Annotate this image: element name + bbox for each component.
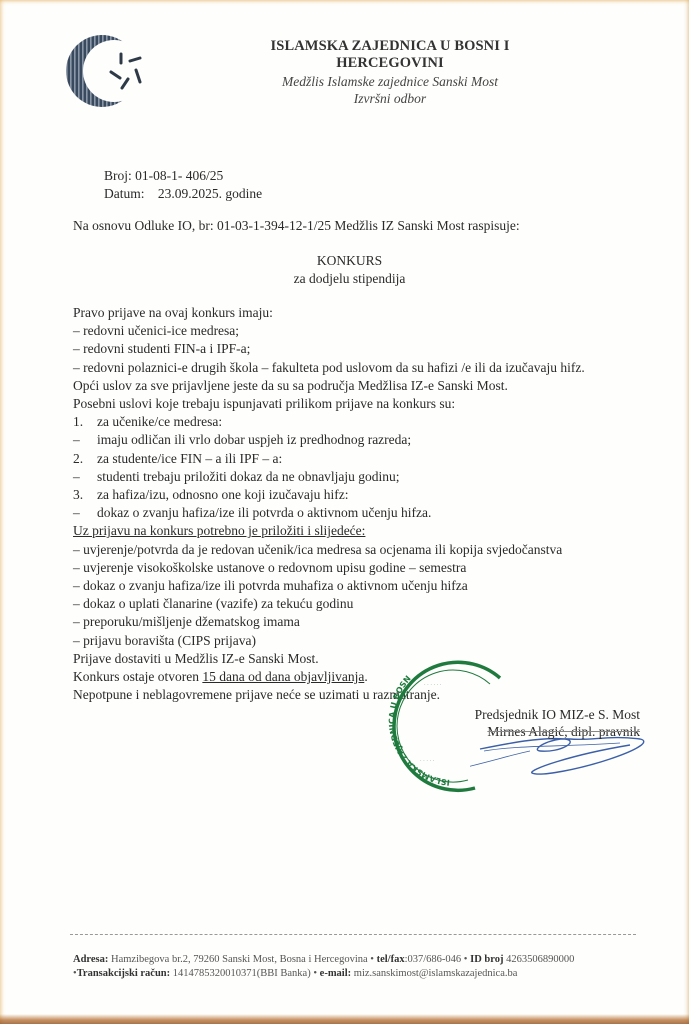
list-number: 3. [73, 486, 97, 504]
svg-text:· · ·: · · · [430, 692, 438, 698]
eligibility-heading: Pravo prijave na ovaj konkurs imaju: [73, 304, 663, 322]
separator: • [464, 954, 468, 965]
list-dash: – [73, 504, 97, 522]
footer-divider [70, 934, 636, 935]
letterhead: ISLAMSKA ZAJEDNICA U BOSNI I HERCEGOVINI… [215, 38, 565, 107]
incomplete-notice: Nepotpune i neblagovremene prijave neće … [73, 686, 663, 704]
title-sub: za dodjelu stipendija [0, 270, 689, 288]
signatory-title: Predsjednik IO MIZ-e S. Most [460, 706, 640, 723]
address-label: Adresa: [73, 954, 108, 965]
condition-text: za studente/ice FIN – a ili IPF – a: [97, 450, 282, 468]
attachment-item: – uvjerenje/potvrda da je redovan učenik… [73, 541, 663, 559]
telfax-label: tel/fax [377, 954, 405, 965]
footer-contact: Adresa: Hamzibegova br.2, 79260 Sanski M… [73, 953, 574, 981]
email-link[interactable]: miz.sanskimost@islamskazajednica.ba [354, 968, 518, 979]
date-value: 23.09.2025. godine [158, 186, 262, 201]
id-label: ID broj [470, 954, 503, 965]
condition-detail: dokaz o zvanju hafiza/ize ili potvrda o … [97, 504, 431, 522]
crescent-star-logo-icon [66, 32, 146, 110]
condition-text: za hafiza/izu, odnosno one koji izučavaj… [97, 486, 349, 504]
organization-name: ISLAMSKA ZAJEDNICA U BOSNI I HERCEGOVINI [215, 38, 565, 72]
department-name: Izvršni odbor [215, 91, 565, 107]
special-conditions-heading: Posebni uslovi koje trebaju ispunjavati … [73, 395, 663, 413]
condition-text: za učenike/ce medresa: [97, 413, 222, 431]
eligibility-item: – redovni studenti FIN-a i IPF-a; [73, 340, 663, 358]
special-condition-detail: – imaju odličan ili vrlo dobar uspjeh iz… [73, 431, 663, 449]
footer-line-1: Adresa: Hamzibegova br.2, 79260 Sanski M… [73, 953, 574, 967]
list-number: 2. [73, 450, 97, 468]
account-label: Transakcijski račun: [77, 968, 170, 979]
number-value: 01-08-1- 406/25 [135, 168, 223, 183]
list-number: 1. [73, 413, 97, 431]
svg-text:· · · · ·: · · · · · [420, 758, 435, 764]
eligibility-item: – redovni učenici-ice medresa; [73, 322, 663, 340]
open-period-suffix: . [364, 669, 367, 684]
document-date: Datum: 23.09.2025. godine [104, 185, 262, 203]
open-period-info: Konkurs ostaje otvoren 15 dana od dana o… [73, 668, 663, 686]
attachment-item: – preporuku/mišljenje džematskog imama [73, 613, 663, 631]
organization-subtitle: Medžlis Islamske zajednice Sanski Most [215, 74, 565, 90]
attachment-item: – uvjerenje visokoškolske ustanove o red… [73, 559, 663, 577]
signature-block: Predsjednik IO MIZ-e S. Most Mirnes Alag… [460, 706, 640, 740]
telfax-value: :037/686-046 [405, 954, 462, 965]
condition-detail: studenti trebaju priložiti dokaz da ne o… [97, 468, 400, 486]
separator: • [313, 968, 317, 979]
attachments-heading: Uz prijavu na konkurs potrebno je prilož… [73, 522, 663, 540]
special-condition-detail: – studenti trebaju priložiti dokaz da ne… [73, 468, 663, 486]
special-condition: 3. za hafiza/izu, odnosno one koji izuča… [73, 486, 663, 504]
svg-text:· · · · · ·: · · · · · · [424, 682, 442, 688]
separator: • [370, 954, 374, 965]
document-body: Pravo prijave na ovaj konkurs imaju: – r… [73, 304, 663, 704]
attachment-item: – dokaz o zvanju hafiza/ize ili potvrda … [73, 577, 663, 595]
id-value: 4263506890000 [506, 954, 574, 965]
account-value: 1414785320010371(BBI Banka) [173, 968, 311, 979]
submission-info: Prijave dostaviti u Medžlis IZ-e Sanski … [73, 650, 663, 668]
special-condition: 2. za studente/ice FIN – a ili IPF – a: [73, 450, 663, 468]
intro-text: Na osnovu Odluke IO, br: 01-03-1-394-12-… [73, 218, 520, 234]
document-title: KONKURS za dodjelu stipendija [0, 252, 689, 288]
document-page: ISLAMSKA ZAJEDNICA U BOSNI I HERCEGOVINI… [0, 0, 689, 1024]
footer-line-2: •Transakcijski račun: 1414785320010371(B… [73, 967, 574, 981]
open-period-value: 15 dana od dana objavljivanja [202, 669, 364, 684]
date-label: Datum: [104, 186, 145, 201]
list-dash: – [73, 431, 97, 449]
special-condition: 1. za učenike/ce medresa: [73, 413, 663, 431]
document-meta: Broj: 01-08-1- 406/25 Datum: 23.09.2025.… [104, 167, 262, 203]
condition-detail: imaju odličan ili vrlo dobar uspjeh iz p… [97, 431, 411, 449]
attachment-item: – prijavu boravišta (CIPS prijava) [73, 632, 663, 650]
number-label: Broj: [104, 168, 132, 183]
eligibility-item: – redovni polaznici-e drugih škola – fak… [73, 359, 663, 377]
title-main: KONKURS [0, 252, 689, 270]
attachment-item: – dokaz o uplati članarine (vazife) za t… [73, 595, 663, 613]
general-condition: Opći uslov za sve prijavljene jeste da s… [73, 377, 663, 395]
signatory-name: Mirnes Alagić, dipl. pravnik [460, 723, 640, 740]
email-label: e-mail: [320, 968, 352, 979]
open-period-prefix: Konkurs ostaje otvoren [73, 669, 202, 684]
svg-text:· · ·: · · · [432, 780, 440, 786]
address-value: Hamzibegova br.2, 79260 Sanski Most, Bos… [111, 954, 368, 965]
list-dash: – [73, 468, 97, 486]
paper-edge [0, 1014, 689, 1024]
svg-text:ISLAMSKA ZAJEDNICA U BOSNI I H: ISLAMSKA ZAJEDNICA U BOSNI I HERCEGOVINI [380, 652, 450, 787]
document-number: Broj: 01-08-1- 406/25 [104, 167, 262, 185]
special-condition-detail: – dokaz o zvanju hafiza/ize ili potvrda … [73, 504, 663, 522]
